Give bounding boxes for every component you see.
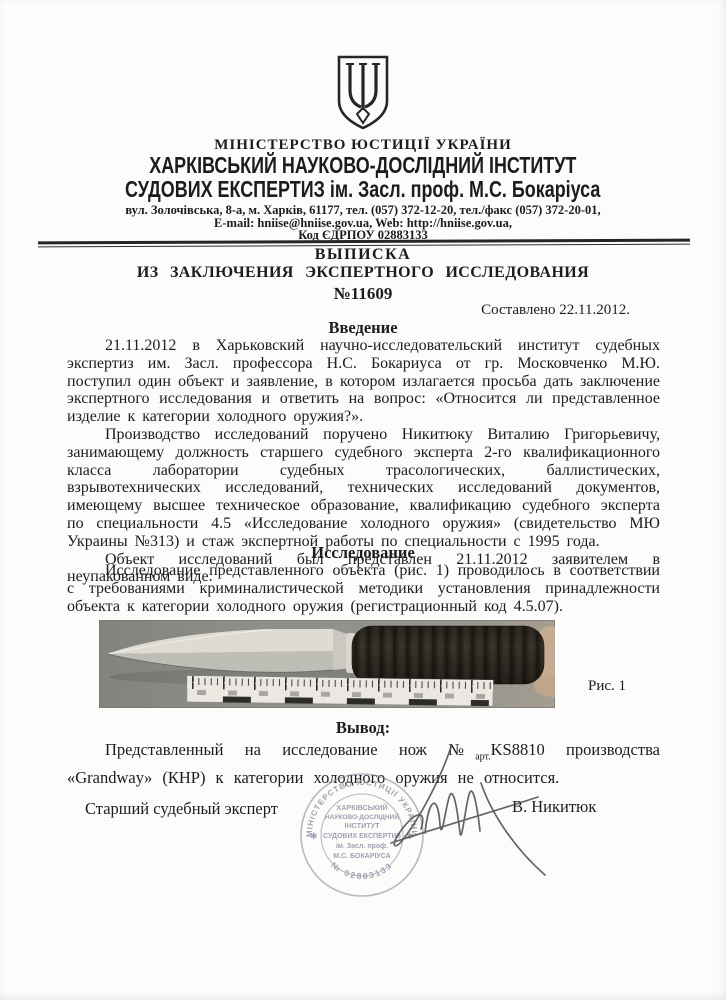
institute-name-line1: ХАРКІВСЬКИЙ НАУКОВО-ДОСЛІДНИЙ ІНСТИТУТ: [0, 154, 726, 177]
signer-role: Старший судебный эксперт: [85, 799, 278, 819]
doc-number: №11609: [0, 284, 726, 304]
compiled-date: Составлено 22.11.2012.: [0, 302, 630, 319]
ruler: [187, 676, 493, 706]
stamp-star-left-icon: ✱: [310, 831, 318, 841]
research-paragraphs: Исследование представленного объекта (ри…: [67, 562, 660, 616]
conclusion-heading: Вывод:: [0, 718, 726, 738]
doc-title-line2: ИЗ ЗАКЛЮЧЕНИЯ ЭКСПЕРТНОГО ИССЛЕДОВАНИЯ: [0, 264, 726, 282]
research-paragraph-1: Исследование представленного объекта (ри…: [67, 562, 660, 616]
institute-name-line2: СУДОВИХ ЕКСПЕРТИЗ ім. Засл. проф. М.С. Б…: [0, 178, 726, 201]
signature-scribble-icon: [333, 745, 573, 890]
intro-paragraph-2: Производство исследований поручено Никит…: [67, 426, 660, 551]
knife-photo: [99, 620, 555, 713]
figure-caption: Рис. 1: [588, 678, 626, 695]
research-heading: Исследование: [0, 543, 726, 563]
doc-title-line1: ВЫПИСКА: [0, 246, 726, 264]
intro-heading: Введение: [0, 318, 726, 338]
intro-paragraph-1: 21.11.2012 в Харьковский научно-исследов…: [67, 337, 660, 426]
ukraine-trident-icon: [334, 54, 392, 137]
document-page: МІНІСТЕРСТВО ЮСТИЦІЇ УКРАЇНИ ХАРКІВСЬКИЙ…: [0, 0, 726, 1000]
